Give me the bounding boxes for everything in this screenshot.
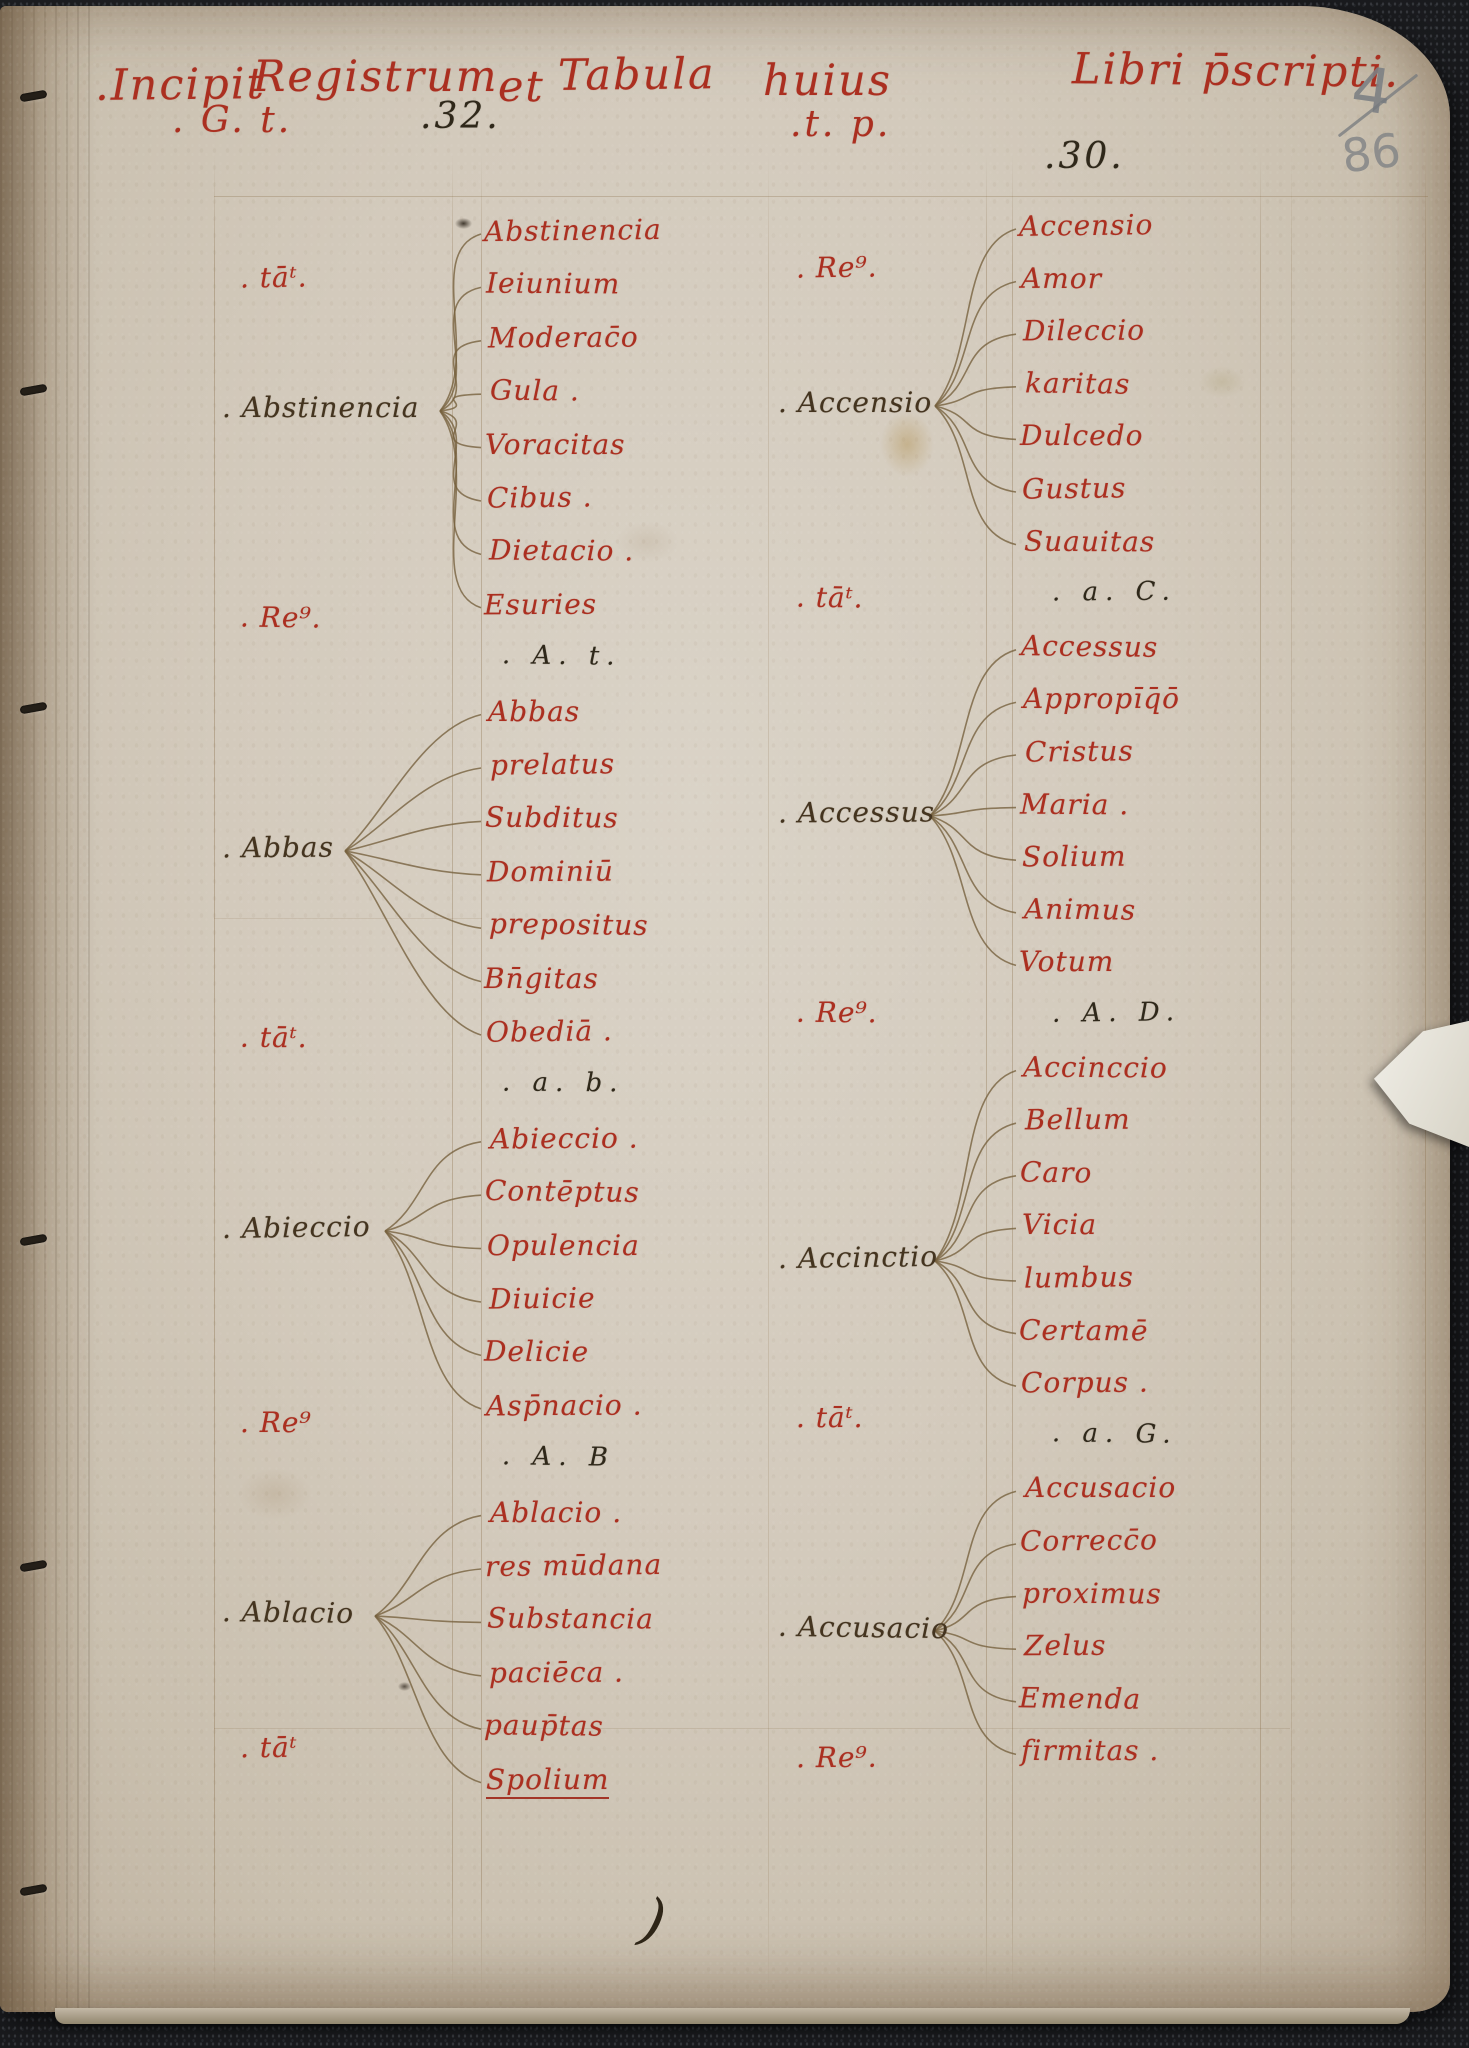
index-entry: res mūdana bbox=[485, 1548, 663, 1583]
index-entry: Maria . bbox=[1020, 787, 1129, 821]
branch-line bbox=[375, 1616, 481, 1622]
page-title-word: huius bbox=[763, 56, 892, 106]
section-ref: . a. G. bbox=[1052, 1418, 1178, 1450]
index-entry: Vicia bbox=[1022, 1208, 1097, 1241]
margin-marker: . tāᵗ. bbox=[796, 1401, 864, 1434]
branch-line bbox=[440, 234, 481, 411]
branch-line bbox=[385, 1231, 481, 1249]
index-entry: lumbus bbox=[1024, 1260, 1134, 1294]
headword: . Abieccio bbox=[222, 1210, 371, 1245]
page-title-word: Tabula bbox=[558, 49, 716, 101]
parchment-texture bbox=[0, 6, 1450, 2012]
branch-line bbox=[935, 1631, 1016, 1754]
margin-marker: . tāᵗ. bbox=[240, 261, 308, 295]
column-header: .30. bbox=[1044, 136, 1125, 177]
branch-line bbox=[375, 1569, 481, 1616]
margin-marker: . tāᵗ. bbox=[240, 1021, 308, 1054]
ruling-vertical bbox=[1012, 154, 1013, 1996]
ruling-vertical bbox=[452, 154, 453, 1996]
index-entry: Corpus . bbox=[1021, 1366, 1149, 1400]
ink-speck bbox=[455, 218, 472, 229]
page-title-word: et bbox=[498, 62, 545, 112]
index-entry: Obediā . bbox=[486, 1014, 613, 1049]
margin-marker: . tāᵗ. bbox=[796, 581, 864, 615]
column-header: . G. t. bbox=[172, 100, 292, 141]
index-entry: Accensio bbox=[1019, 208, 1154, 243]
index-entry: Animus bbox=[1024, 892, 1137, 926]
photo-scene: .IncipitRegistrumetTabulahuiusLibri p̄sc… bbox=[0, 0, 1469, 2048]
index-entry: Correcc̄o bbox=[1020, 1523, 1158, 1558]
index-entry: Solium bbox=[1022, 840, 1127, 874]
branch-line bbox=[935, 1176, 1016, 1261]
book-spine bbox=[0, 6, 96, 2012]
section-ref: . A. D. bbox=[1052, 997, 1181, 1029]
branch-line bbox=[935, 1123, 1016, 1261]
stain bbox=[880, 411, 934, 477]
headword: . Ablacio bbox=[222, 1595, 355, 1630]
branch-line bbox=[440, 287, 481, 411]
index-entry: Accessus bbox=[1021, 629, 1159, 664]
index-entry: Moderac̄o bbox=[488, 320, 639, 354]
branch-line bbox=[375, 1616, 481, 1729]
ruling-vertical bbox=[768, 154, 769, 1996]
headword: . Accessus bbox=[778, 795, 935, 829]
branch-line bbox=[930, 755, 1016, 816]
branch-line bbox=[935, 282, 1016, 406]
branch-line bbox=[930, 808, 1016, 816]
branch-line bbox=[345, 715, 481, 851]
branch-line bbox=[385, 1231, 481, 1355]
branch-line bbox=[935, 406, 1016, 492]
index-entry: Zelus bbox=[1024, 1629, 1107, 1663]
branch-lines bbox=[0, 6, 1469, 2048]
index-entry: Dileccio bbox=[1023, 314, 1145, 348]
section-ref: . A. t. bbox=[502, 640, 622, 671]
branch-line bbox=[375, 1516, 481, 1616]
index-entry: Caro bbox=[1020, 1155, 1093, 1189]
index-entry: proximus bbox=[1022, 1576, 1162, 1610]
ruling-vertical bbox=[1260, 154, 1261, 1996]
branch-line bbox=[345, 821, 481, 851]
index-entry: Accinccio bbox=[1023, 1050, 1168, 1084]
index-entry: prepositus bbox=[489, 907, 649, 942]
underpage-edge bbox=[55, 2008, 1410, 2024]
index-entry: paciēca . bbox=[489, 1655, 624, 1689]
branch-line bbox=[930, 816, 1016, 913]
ruling-horizontal bbox=[214, 918, 482, 919]
branch-line bbox=[440, 411, 481, 448]
index-entry: Opulencia bbox=[487, 1229, 640, 1262]
index-entry: Gula . bbox=[490, 374, 580, 408]
column-header: .32. bbox=[420, 96, 501, 137]
branch-line bbox=[935, 406, 1016, 439]
index-entry: Delicie bbox=[484, 1335, 589, 1369]
index-entry: Certamē bbox=[1019, 1313, 1149, 1347]
branch-line bbox=[930, 650, 1016, 816]
index-entry: Esuries bbox=[484, 587, 597, 621]
bookmark-tab bbox=[1372, 1018, 1469, 1150]
branch-line bbox=[935, 1261, 1016, 1386]
branch-line bbox=[345, 768, 481, 851]
ruling-vertical bbox=[214, 154, 215, 1996]
branch-line bbox=[345, 851, 481, 875]
index-entry: Abbas bbox=[488, 695, 580, 728]
branch-line bbox=[345, 851, 481, 1035]
headword: . Abbas bbox=[222, 831, 334, 865]
ruling-vertical bbox=[1291, 154, 1292, 1996]
index-entry: Abstinencia bbox=[484, 213, 662, 248]
index-entry: firmitas . bbox=[1021, 1734, 1159, 1767]
branch-line bbox=[935, 1261, 1016, 1334]
branch-line bbox=[930, 816, 1016, 965]
index-entry: Substancia bbox=[487, 1602, 654, 1636]
branch-line bbox=[935, 1071, 1016, 1261]
margin-marker: . Re⁹. bbox=[796, 250, 878, 284]
branch-line bbox=[385, 1231, 481, 1409]
branch-line bbox=[440, 411, 481, 554]
section-ref: . a. b. bbox=[502, 1068, 625, 1099]
index-entry: karitas bbox=[1025, 366, 1131, 400]
branch-line bbox=[935, 229, 1016, 406]
catch-mark: ) bbox=[634, 1884, 672, 1955]
index-entry: Dietacio . bbox=[489, 534, 634, 568]
index-entry: Spolium bbox=[486, 1763, 609, 1799]
index-entry: Cristus bbox=[1025, 734, 1134, 768]
ruling-horizontal bbox=[214, 196, 1428, 197]
index-entry: Dominiū bbox=[487, 854, 614, 888]
branch-line bbox=[935, 1491, 1016, 1631]
column-header: .t. p. bbox=[790, 104, 891, 145]
branch-line bbox=[935, 406, 1016, 545]
branch-line bbox=[375, 1616, 481, 1676]
index-entry: prelatus bbox=[490, 747, 616, 782]
index-entry: Gustus bbox=[1022, 471, 1127, 505]
index-entry: Votum bbox=[1019, 945, 1114, 978]
ruling-vertical bbox=[986, 154, 987, 1996]
headword: . Accinctio bbox=[778, 1240, 939, 1275]
section-ref: . a. C. bbox=[1052, 577, 1177, 608]
index-entry: Cibus . bbox=[487, 480, 593, 514]
branch-line bbox=[440, 411, 481, 501]
manuscript-page: .IncipitRegistrumetTabulahuiusLibri p̄sc… bbox=[0, 6, 1450, 2012]
branch-line bbox=[930, 816, 1016, 860]
branch-line bbox=[375, 1616, 481, 1783]
page-title-word: Registrum bbox=[253, 52, 498, 102]
branch-line bbox=[345, 851, 481, 928]
branch-line bbox=[935, 1228, 1016, 1261]
branch-line bbox=[385, 1142, 481, 1231]
index-entry: Bn̄gitas bbox=[484, 962, 599, 995]
ruling-horizontal bbox=[214, 1728, 1290, 1729]
branch-line bbox=[385, 1195, 481, 1231]
branch-line bbox=[440, 394, 481, 411]
stain bbox=[238, 1468, 312, 1520]
index-entry: Bellum bbox=[1025, 1103, 1131, 1137]
index-entry: Suauitas bbox=[1024, 524, 1155, 558]
section-ref: . A. B bbox=[502, 1441, 615, 1472]
index-entry: Ablacio . bbox=[490, 1496, 622, 1529]
branch-line bbox=[440, 411, 481, 608]
index-entry: Asp̄nacio . bbox=[486, 1388, 643, 1422]
branch-line bbox=[440, 341, 481, 411]
branch-line bbox=[935, 1261, 1016, 1281]
index-entry: Dulcedo bbox=[1020, 419, 1143, 452]
margin-marker: . tāᵗ bbox=[240, 1731, 298, 1764]
index-entry: Accusacio bbox=[1025, 1471, 1176, 1504]
index-entry: paup̄tas bbox=[484, 1708, 604, 1742]
index-entry: Voracitas bbox=[485, 428, 626, 461]
index-entry: Emenda bbox=[1019, 1681, 1142, 1715]
headword: . Accusacio bbox=[778, 1610, 949, 1645]
pencil-folio-number: 86 bbox=[1339, 123, 1404, 184]
headword: . Abstinencia bbox=[222, 391, 420, 424]
branch-line bbox=[345, 851, 481, 982]
margin-marker: . Re⁹. bbox=[796, 996, 878, 1030]
branch-line bbox=[385, 1231, 481, 1302]
margin-marker: . Re⁹. bbox=[796, 1741, 878, 1775]
index-entry: Abieccio . bbox=[490, 1121, 639, 1155]
stain bbox=[1198, 366, 1246, 398]
branch-line bbox=[935, 387, 1016, 406]
index-entry: Subditus bbox=[485, 801, 619, 835]
margin-marker: . Re⁹ bbox=[240, 1406, 312, 1439]
ruling-vertical bbox=[481, 154, 482, 1996]
index-entry: Amor bbox=[1021, 261, 1102, 294]
ink-speck bbox=[398, 1682, 411, 1691]
index-entry: Contēptus bbox=[485, 1174, 640, 1209]
index-entry: Ieiunium bbox=[486, 267, 620, 301]
index-entry: Diuicie bbox=[489, 1281, 596, 1315]
index-entry: Appropīq̄ō bbox=[1023, 682, 1180, 715]
margin-marker: . Re⁹. bbox=[240, 600, 322, 634]
branch-line bbox=[935, 334, 1016, 406]
branch-line bbox=[930, 702, 1016, 816]
headword: . Accensio bbox=[778, 386, 932, 419]
